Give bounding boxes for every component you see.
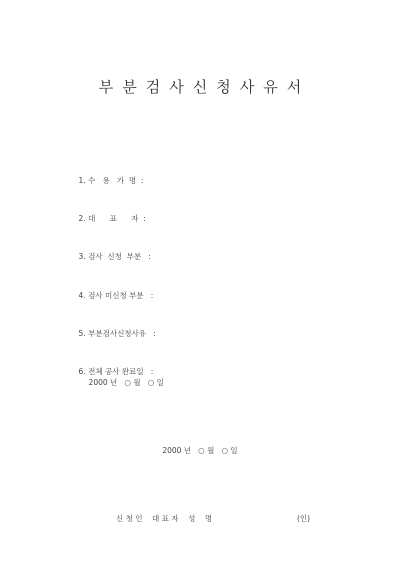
document-title: 부분검사신청사유서 xyxy=(0,76,400,97)
field-recipient: 1. 수 용 가 명 : xyxy=(69,166,143,204)
document-page: 부분검사신청사유서 1. 수 용 가 명 : 2. 대 표 자 : 3. 검사 … xyxy=(0,0,400,566)
field-value: 2000 년 ○ 월 ○ 일 xyxy=(89,377,164,388)
field-representative: 2. 대 표 자 : xyxy=(69,204,146,242)
seal-mark: (인) xyxy=(297,513,310,524)
field-inspection-requested-part: 3. 검사 신청 부분 : xyxy=(69,242,151,280)
field-inspection-unrequested-part: 4. 검사 미신청 부분 : xyxy=(69,281,153,319)
document-date: 2000 년 ○ 월 ○ 일 xyxy=(0,445,400,456)
field-label: 6. 전체 공사 완료일 : xyxy=(79,367,154,376)
field-partial-inspection-reason: 5. 부분검사신청사유 : xyxy=(69,319,156,357)
field-label: 1. 수 용 가 명 : xyxy=(79,176,144,185)
field-completion-date: 6. 전체 공사 완료일 : 2000 년 ○ 월 ○ 일 xyxy=(69,357,164,397)
field-label: 5. 부분검사신청사유 : xyxy=(79,329,156,338)
field-label: 4. 검사 미신청 부분 : xyxy=(79,291,154,300)
field-label: 2. 대 표 자 : xyxy=(79,214,146,223)
field-label: 3. 검사 신청 부분 : xyxy=(79,252,151,261)
applicant-signature-label: 신 청 인 대 표 자 성 명 xyxy=(116,513,212,524)
